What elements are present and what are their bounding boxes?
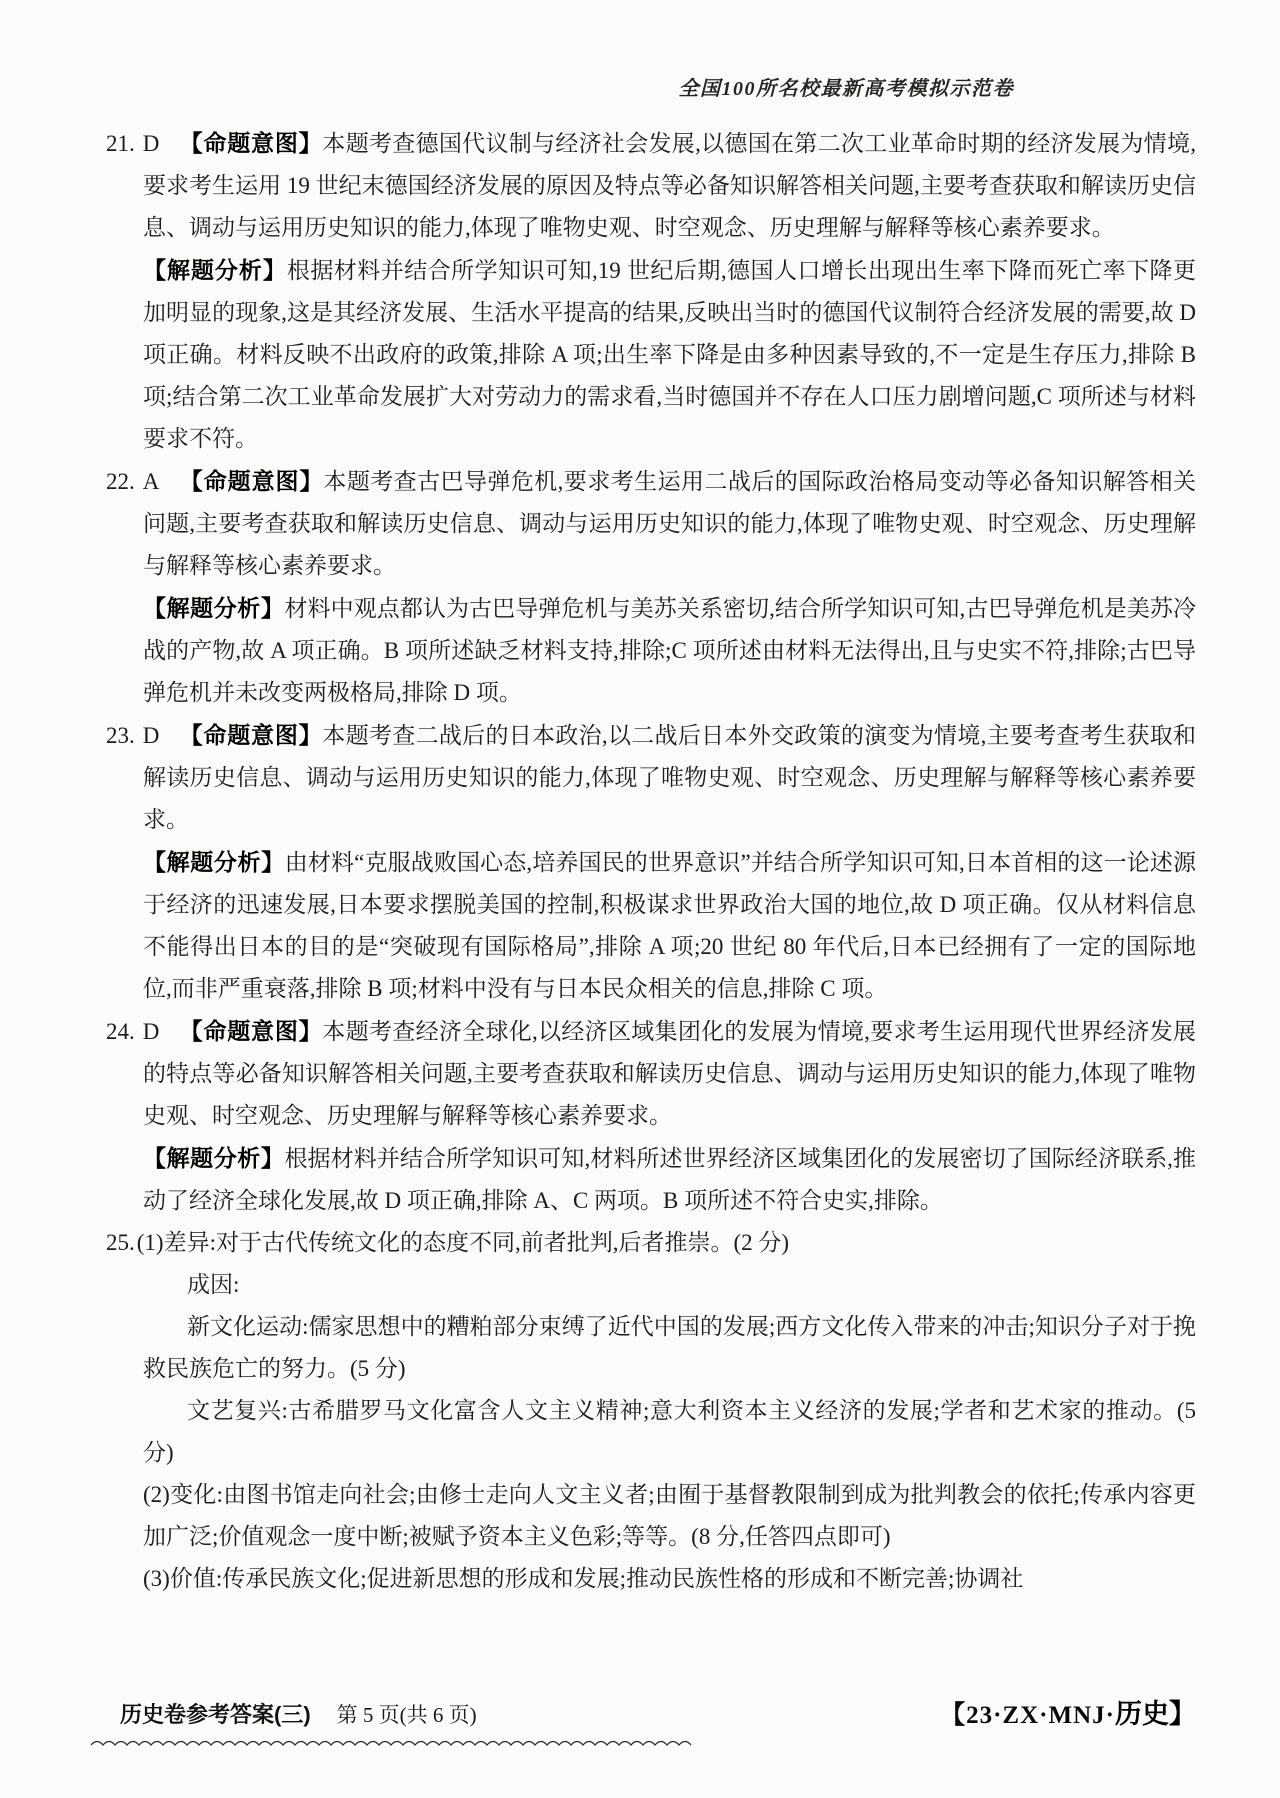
exam-answer-page: 全国100所名校最新高考模拟示范卷 21.D【命题意图】本题考查德国代议制与经济… (0, 0, 1280, 1798)
answer-item-23: 23.D【命题意图】本题考查二战后的日本政治,以二战后日本外交政策的演变为情境,… (106, 714, 1196, 1010)
answer-part-3: (3)价值:传承民族文化;促进新思想的形成和发展;推动民族性格的形成和不断完善;… (143, 1558, 1196, 1600)
answer-item-21: 21.D【命题意图】本题考查德国代议制与经济社会发展,以德国在第二次工业革命时期… (106, 122, 1196, 460)
answer-item-25: 25.(1)差异:对于古代传统文化的态度不同,前者批判,后者推崇。(2 分) 成… (106, 1222, 1196, 1600)
answer-part-1: 25.(1)差异:对于古代传统文化的态度不同,前者批判,后者推崇。(2 分) (143, 1222, 1196, 1264)
answer-item-22: 22.A【命题意图】本题考查古巴导弹危机,要求考生运用二战后的国际政治格局变动等… (106, 460, 1196, 714)
analysis-paragraph: 【解题分析】由材料“克服战败国心态,培养国民的世界意识”并结合所学知识可知,日本… (143, 841, 1196, 1010)
answer-choice: D (143, 1019, 160, 1044)
analysis-paragraph: 【解题分析】根据材料并结合所学知识可知,材料所述世界经济区域集团化的发展密切了国… (143, 1137, 1196, 1222)
intent-label: 【命题意图】 (179, 468, 323, 494)
footer-page-number: 第 5 页(共 6 页) (337, 1703, 477, 1727)
footer-right-tag: 【23·ZX·MNJ·历史】 (940, 1692, 1196, 1731)
analysis-paragraph: 【解题分析】根据材料并结合所学知识可知,19 世纪后期,德国人口增长出现出生率下… (143, 249, 1196, 460)
paper-subject: 历史】 (1115, 1699, 1196, 1729)
footer-wavy-line (90, 1738, 700, 1750)
paper-code: 【23·ZX·MNJ· (940, 1702, 1115, 1729)
intent-label: 【命题意图】 (179, 130, 322, 156)
cause-new-culture-movement: 新文化运动:儒家思想中的糟粕部分束缚了近代中国的发展;西方文化传入带来的冲击;知… (143, 1306, 1196, 1390)
analysis-label: 【解题分析】 (143, 595, 284, 621)
analysis-text: 根据材料并结合所学知识可知,材料所述世界经济区域集团化的发展密切了国际经济联系,… (143, 1146, 1196, 1213)
exam-series-title: 全国100所名校最新高考模拟示范卷 (679, 78, 1015, 100)
part1-text: (1)差异:对于古代传统文化的态度不同,前者批判,后者推崇。(2 分) (137, 1230, 789, 1255)
answers-body: 21.D【命题意图】本题考查德国代议制与经济社会发展,以德国在第二次工业革命时期… (106, 122, 1196, 1600)
analysis-label: 【解题分析】 (143, 849, 285, 875)
intent-paragraph: 21.D【命题意图】本题考查德国代议制与经济社会发展,以德国在第二次工业革命时期… (143, 122, 1196, 249)
answer-item-24: 24.D【命题意图】本题考查经济全球化,以经济区域集团化的发展为情境,要求考生运… (106, 1010, 1196, 1222)
question-number: 21. (106, 131, 135, 156)
question-number: 22. (106, 469, 135, 494)
analysis-text: 材料中观点都认为古巴导弹危机与美苏关系密切,结合所学知识可知,古巴导弹危机是美苏… (143, 596, 1196, 705)
question-number: 23. (106, 723, 135, 748)
cause-renaissance: 文艺复兴:古希腊罗马文化富含人文主义精神;意大利资本主义经济的发展;学者和艺术家… (143, 1390, 1196, 1474)
analysis-label: 【解题分析】 (143, 1145, 284, 1171)
answer-choice: D (143, 131, 160, 156)
analysis-text: 根据材料并结合所学知识可知,19 世纪后期,德国人口增长出现出生率下降而死亡率下… (143, 258, 1196, 451)
intent-paragraph: 24.D【命题意图】本题考查经济全球化,以经济区域集团化的发展为情境,要求考生运… (143, 1010, 1196, 1137)
page-header: 全国100所名校最新高考模拟示范卷 (679, 72, 1015, 101)
footer-left: 历史卷参考答案(三)第 5 页(共 6 页) (120, 1698, 477, 1729)
answer-choice: A (143, 469, 160, 494)
cause-label: 成因: (143, 1264, 1196, 1306)
analysis-paragraph: 【解题分析】材料中观点都认为古巴导弹危机与美苏关系密切,结合所学知识可知,古巴导… (143, 587, 1196, 714)
intent-paragraph: 22.A【命题意图】本题考查古巴导弹危机,要求考生运用二战后的国际政治格局变动等… (143, 460, 1196, 587)
answer-part-2: (2)变化:由图书馆走向社会;由修士走向人文主义者;由囿于基督教限制到成为批判教… (143, 1474, 1196, 1558)
footer-answer-title: 历史卷参考答案(三) (120, 1702, 311, 1727)
intent-label: 【命题意图】 (179, 1018, 322, 1044)
question-number: 24. (106, 1019, 135, 1044)
answer-choice: D (143, 723, 160, 748)
question-number: 25. (106, 1230, 135, 1255)
intent-paragraph: 23.D【命题意图】本题考查二战后的日本政治,以二战后日本外交政策的演变为情境,… (143, 714, 1196, 841)
analysis-label: 【解题分析】 (143, 257, 287, 283)
intent-label: 【命题意图】 (179, 722, 322, 748)
analysis-text: 由材料“克服战败国心态,培养国民的世界意识”并结合所学知识可知,日本首相的这一论… (143, 850, 1196, 1001)
